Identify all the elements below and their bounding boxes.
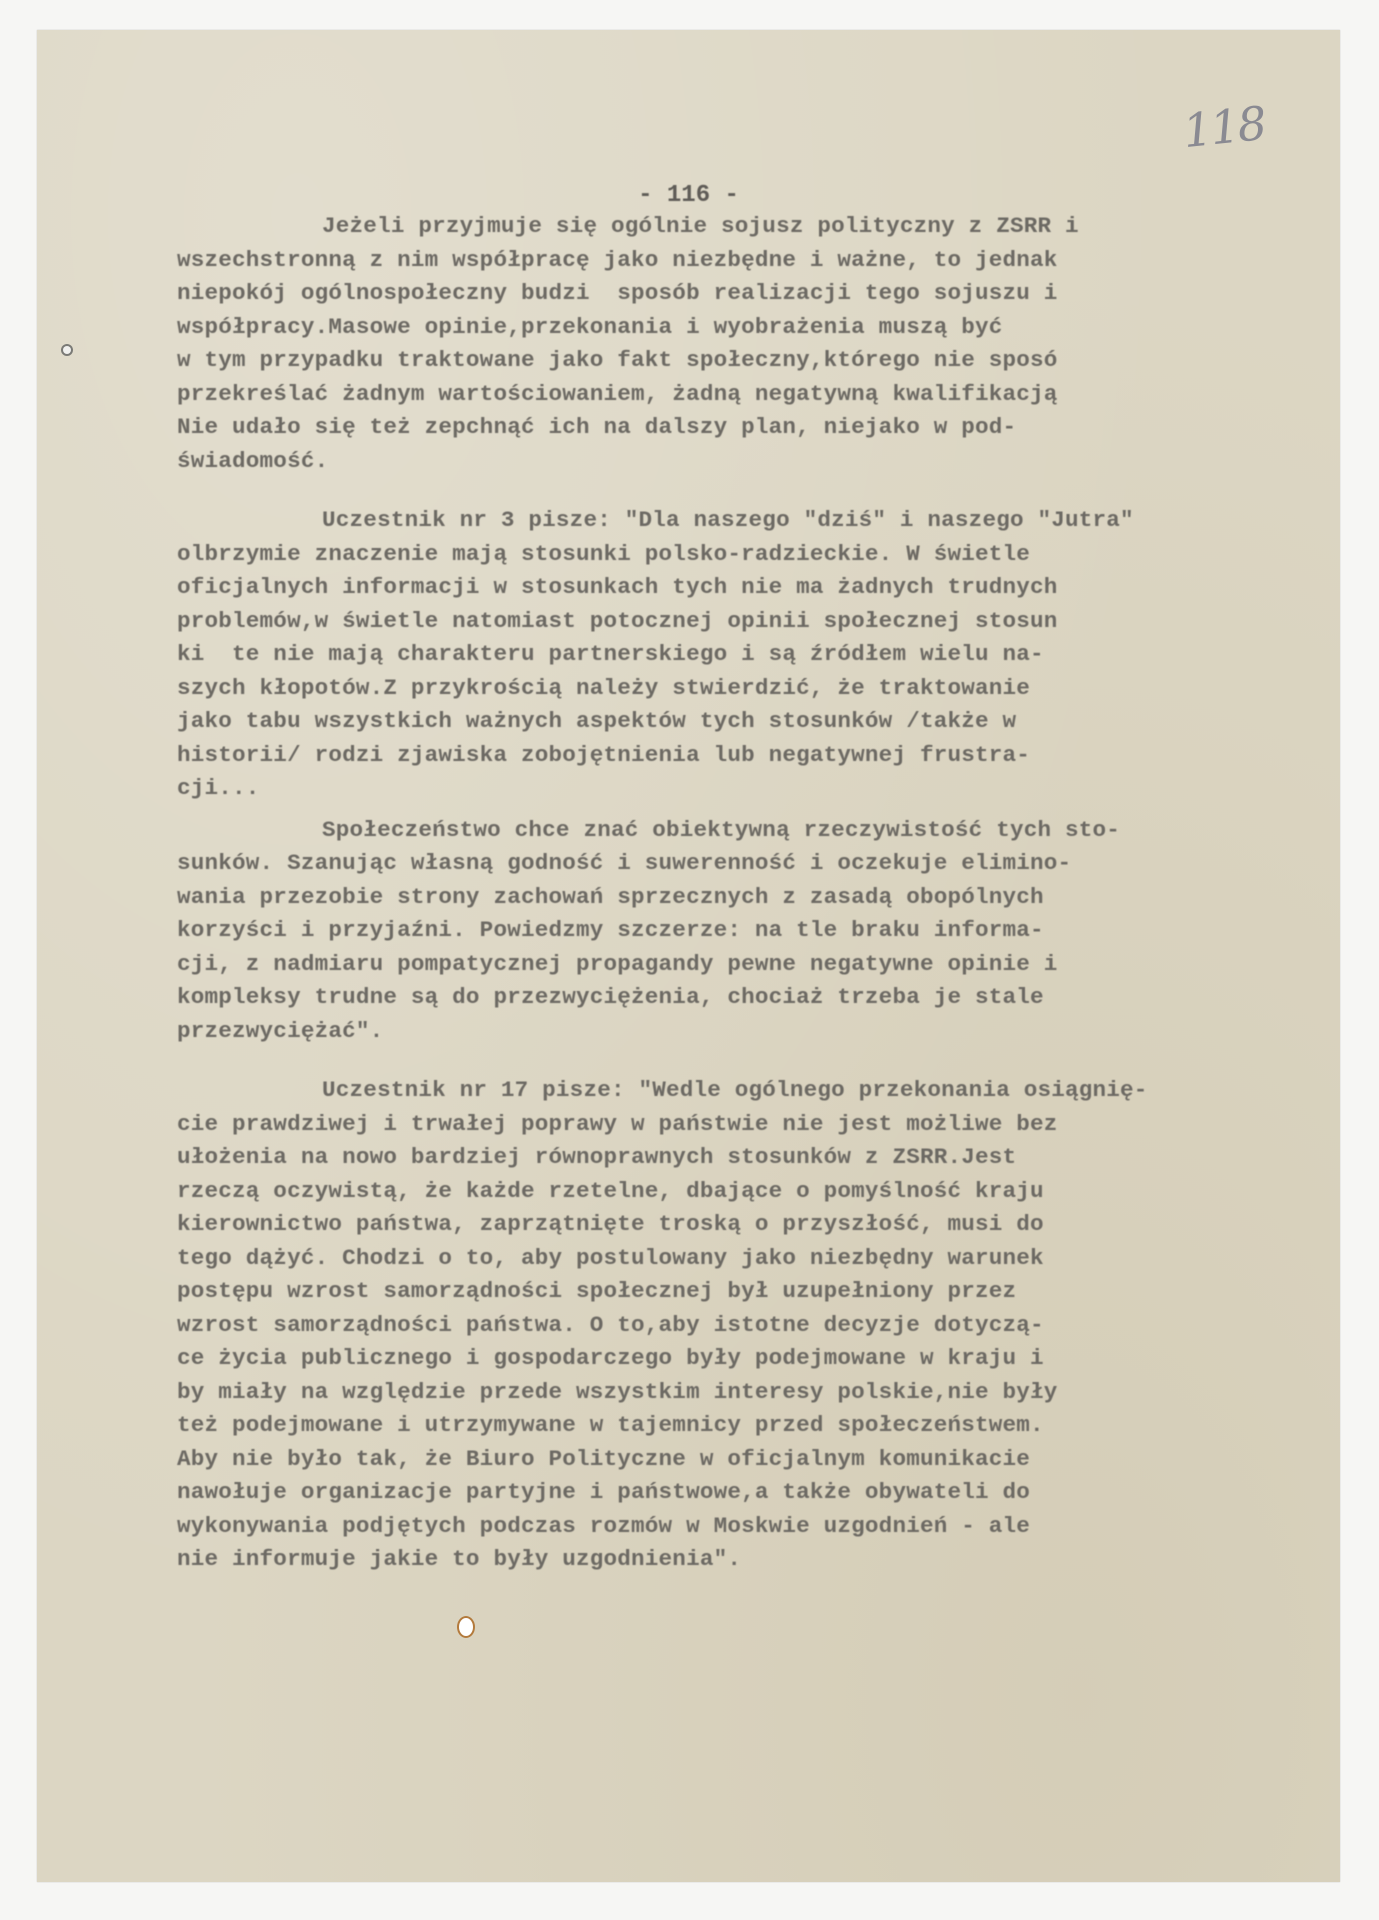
text-line: nawołuje organizacje partyjne i państwow… xyxy=(177,1476,1379,1510)
text-line: Nie udało się też zepchnąć ich na dalszy… xyxy=(177,411,1379,445)
text-line: niepokój ogólnospołeczny budzi sposób re… xyxy=(177,277,1379,311)
text-line: Uczestnik nr 17 pisze: "Wedle ogólnego p… xyxy=(267,1074,1379,1108)
text-line: by miały na względzie przede wszystkim i… xyxy=(177,1376,1379,1410)
body-text: Jeżeli przyjmuje się ogólnie sojusz poli… xyxy=(290,210,1379,1577)
paragraph-2: Uczestnik nr 3 pisze: "Dla naszego "dziś… xyxy=(290,504,1379,806)
handwritten-folio-number: 118 xyxy=(1181,96,1268,158)
text-line: Społeczeństwo chce znać obiektywną rzecz… xyxy=(267,814,1379,848)
text-line: wzrost samorządności państwa. O to,aby i… xyxy=(177,1309,1379,1343)
text-line: w tym przypadku traktowane jako fakt spo… xyxy=(177,344,1379,378)
text-line: szych kłopotów.Z przykrością należy stwi… xyxy=(177,672,1379,706)
text-line: wszechstronną z nim współpracę jako niez… xyxy=(177,244,1379,278)
text-line: sunków. Szanując własną godność i suwere… xyxy=(177,847,1379,881)
text-line: cji, z nadmiaru pompatycznej propagandy … xyxy=(177,948,1379,982)
paragraph-4: Uczestnik nr 17 pisze: "Wedle ogólnego p… xyxy=(290,1074,1379,1577)
paper-hole-icon xyxy=(459,1618,473,1636)
text-line: oficjalnych informacji w stosunkach tych… xyxy=(177,571,1379,605)
text-line: Jeżeli przyjmuje się ogólnie sojusz poli… xyxy=(267,210,1379,244)
text-line: ce życia publicznego i gospodarczego był… xyxy=(177,1342,1379,1376)
document-page: 118 - 116 - Jeżeli przyjmuje się ogólnie… xyxy=(37,30,1340,1882)
text-line: cie prawdziwej i trwałej poprawy w państ… xyxy=(177,1108,1379,1142)
text-line: ki te nie mają charakteru partnerskiego … xyxy=(177,638,1379,672)
text-line: kierownictwo państwa, zaprzątnięte trosk… xyxy=(177,1208,1379,1242)
text-line: jako tabu wszystkich ważnych aspektów ty… xyxy=(177,705,1379,739)
text-line: współpracy.Masowe opinie,przekonania i w… xyxy=(177,311,1379,345)
text-line: wania przezobie strony zachowań sprzeczn… xyxy=(177,881,1379,915)
text-line: przezwyciężać". xyxy=(177,1015,1379,1049)
text-line: Aby nie było tak, że Biuro Polityczne w … xyxy=(177,1443,1379,1477)
staple-hole-icon xyxy=(63,346,71,354)
text-line: wykonywania podjętych podczas rozmów w M… xyxy=(177,1510,1379,1544)
paragraph-3: Społeczeństwo chce znać obiektywną rzecz… xyxy=(290,814,1379,1049)
text-line: kompleksy trudne są do przezwyciężenia, … xyxy=(177,981,1379,1015)
page-number: - 116 - xyxy=(37,182,1340,209)
text-line: Uczestnik nr 3 pisze: "Dla naszego "dziś… xyxy=(267,504,1379,538)
text-line: też podejmowane i utrzymywane w tajemnic… xyxy=(177,1409,1379,1443)
text-line: olbrzymie znaczenie mają stosunki polsko… xyxy=(177,538,1379,572)
text-line: postępu wzrost samorządności społecznej … xyxy=(177,1275,1379,1309)
text-line: tego dążyć. Chodzi o to, aby postulowany… xyxy=(177,1242,1379,1276)
text-line: korzyści i przyjaźni. Powiedzmy szczerze… xyxy=(177,914,1379,948)
text-line: nie informuje jakie to były uzgodnienia"… xyxy=(177,1543,1379,1577)
text-line: świadomość. xyxy=(177,445,1379,479)
text-line: cji... xyxy=(177,772,1379,806)
text-line: przekreślać żadnym wartościowaniem, żadn… xyxy=(177,378,1379,412)
text-line: ułożenia na nowo bardziej równoprawnych … xyxy=(177,1141,1379,1175)
text-line: problemów,w świetle natomiast potocznej … xyxy=(177,605,1379,639)
text-line: rzeczą oczywistą, że każde rzetelne, dba… xyxy=(177,1175,1379,1209)
paragraph-1: Jeżeli przyjmuje się ogólnie sojusz poli… xyxy=(290,210,1379,478)
text-line: historii/ rodzi zjawiska zobojętnienia l… xyxy=(177,739,1379,773)
